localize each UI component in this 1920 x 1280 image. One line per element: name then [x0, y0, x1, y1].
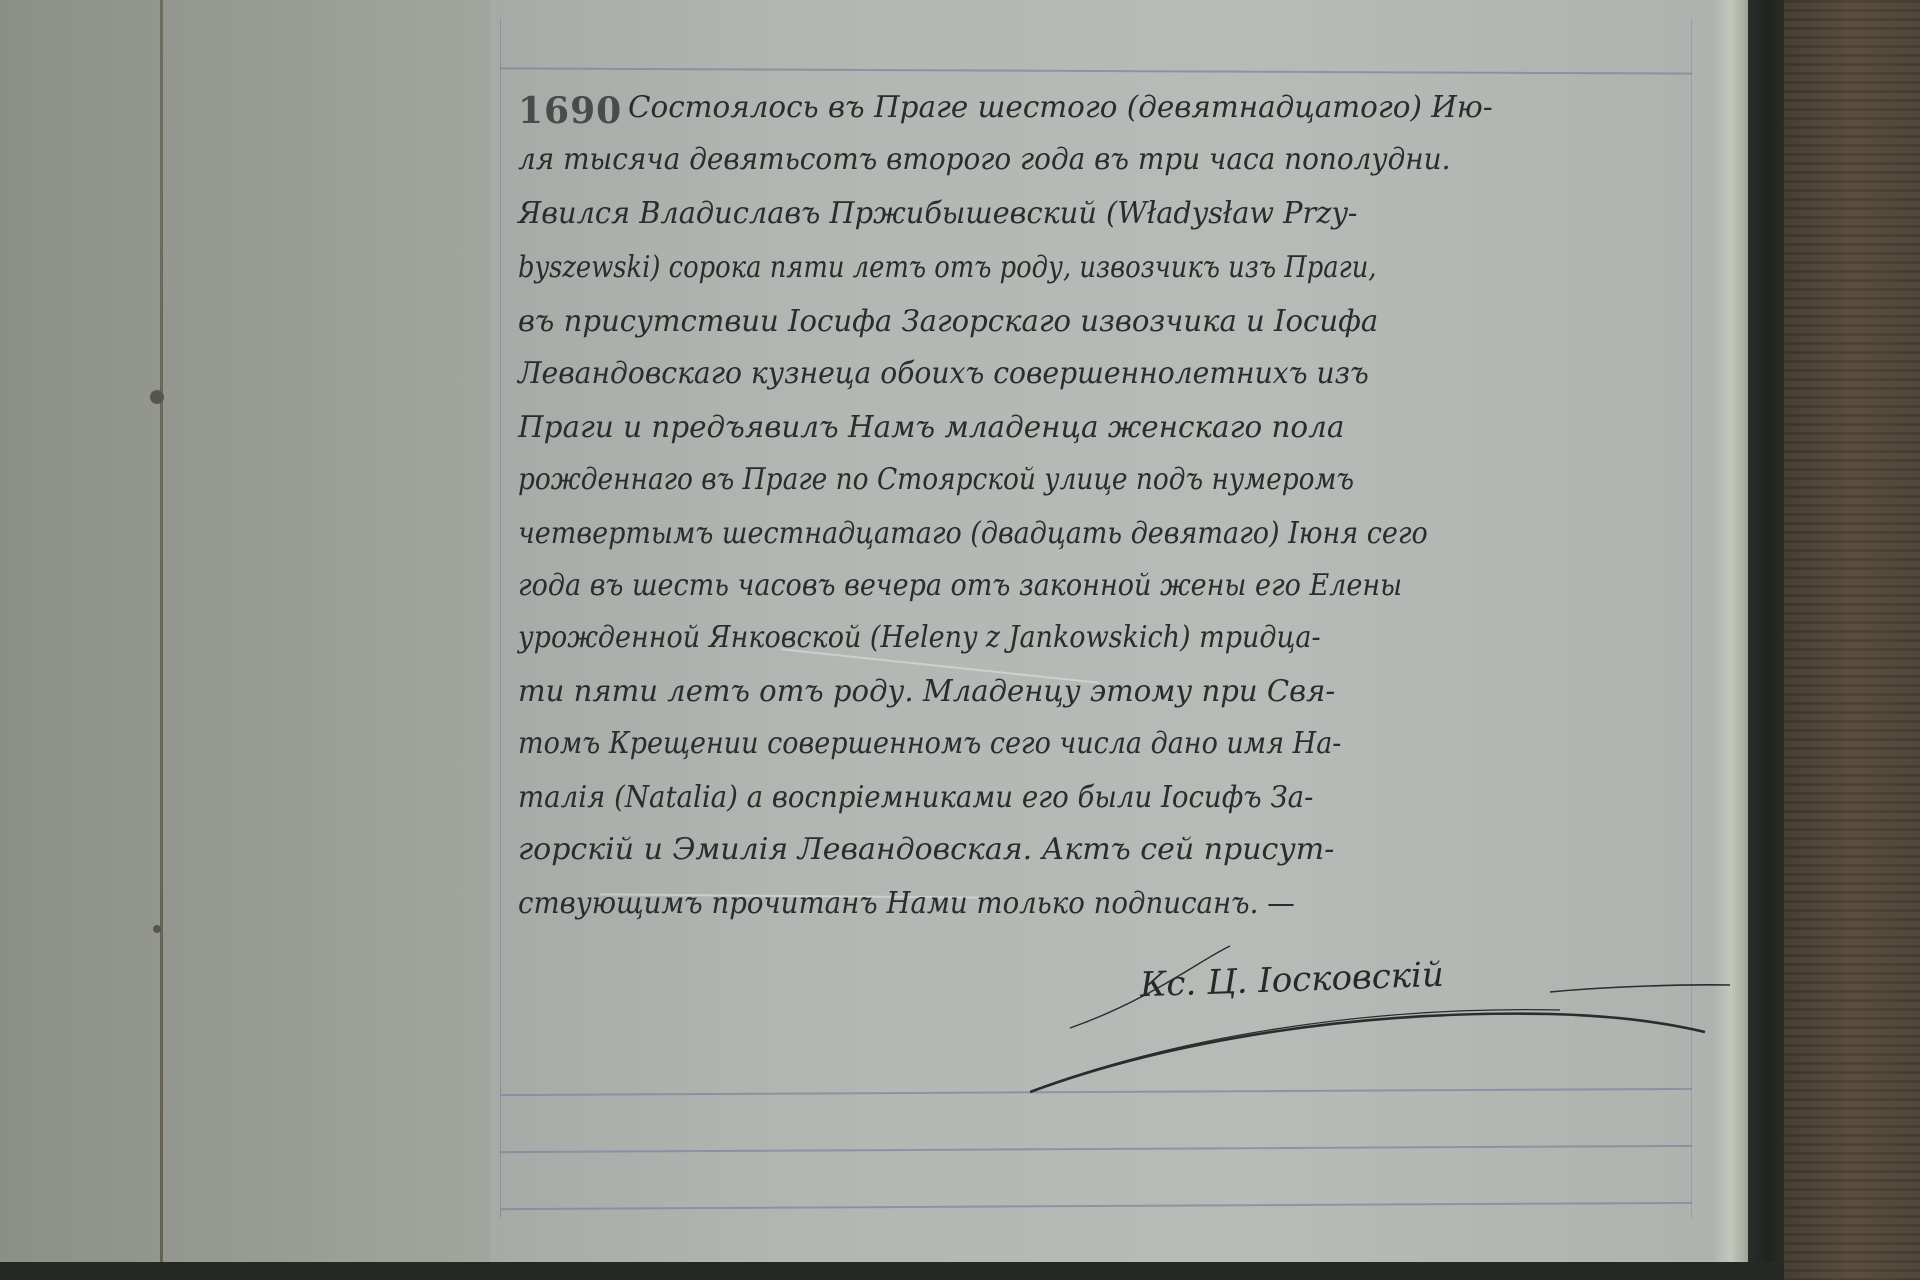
- text-line: томъ Крещении совершенномъ сего числа да…: [518, 726, 1341, 761]
- text-line: талія (Natalia) а воспріемниками его был…: [518, 780, 1313, 815]
- binding-hole: [153, 925, 161, 933]
- binding-hole: [150, 390, 164, 404]
- text-line: ствующимъ прочитанъ Нами только подписан…: [518, 886, 1295, 921]
- text-line: четвертымъ шестнадцатаго (двадцать девят…: [518, 516, 1428, 551]
- text-line: ти пяти летъ отъ роду. Младенцу этому пр…: [518, 674, 1335, 709]
- text-line: урожденной Янковской (Heleny z Jankowski…: [518, 620, 1321, 655]
- text-line: рожденнаго въ Праге по Стоярской улице п…: [518, 462, 1354, 497]
- left-blank-page: [0, 0, 500, 1268]
- page-fold-line: [160, 0, 163, 1268]
- book-cover-bottom: [0, 1262, 1784, 1280]
- text-line: года въ шесть часовъ вечера отъ законной…: [518, 568, 1402, 603]
- text-line: byszewski) сорока пяти летъ отъ роду, из…: [518, 250, 1377, 285]
- text-line: Состоялось въ Праге шестого (девятнадцат…: [628, 90, 1493, 125]
- text-line: горскій и Эмилія Левандовская. Актъ сей …: [518, 832, 1334, 867]
- text-line: ля тысяча девятьсотъ второго года въ три…: [518, 142, 1450, 177]
- text-line: Левандовскаго кузнеца обоихъ совершеннол…: [518, 356, 1369, 391]
- text-line: въ присутствии Іосифа Загорскаго извозчи…: [518, 304, 1378, 339]
- text-line: Явился Владиславъ Пржибышевский (Władysł…: [518, 196, 1357, 231]
- text-line: Праги и предъявилъ Намъ младенца женскаг…: [518, 410, 1344, 445]
- book-cover-edge: [1748, 0, 1784, 1280]
- photo-scene: 1690 Состоялось въ Праге шестого (девятн…: [0, 0, 1920, 1280]
- entry-number: 1690: [518, 90, 622, 132]
- wooden-table-background: [1780, 0, 1920, 1280]
